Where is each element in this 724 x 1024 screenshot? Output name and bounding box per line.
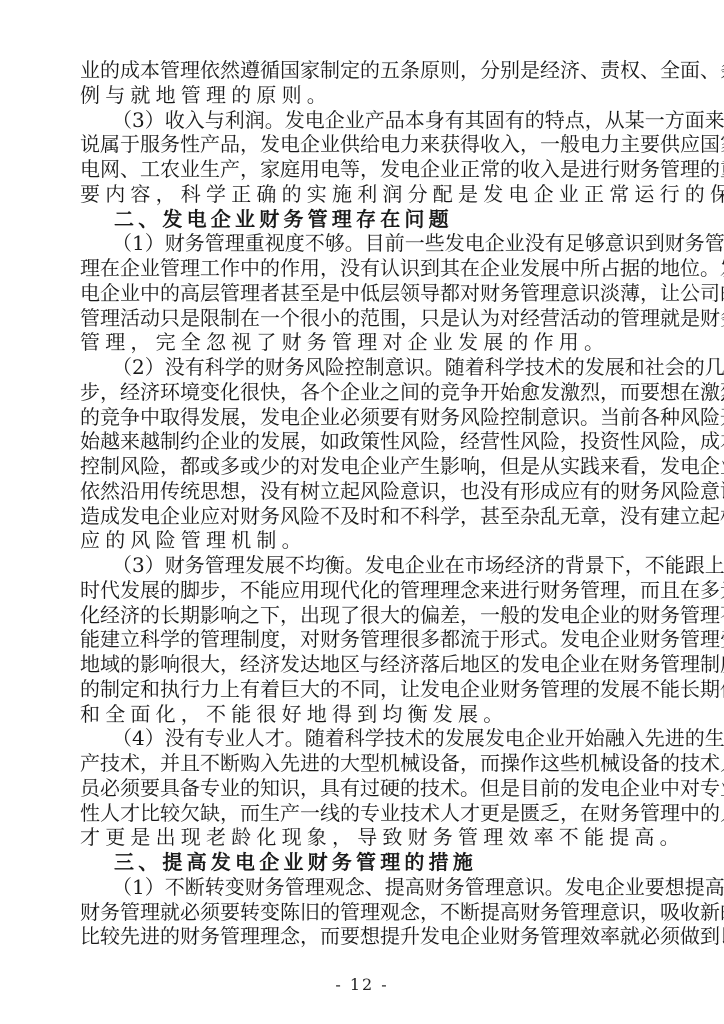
text-line: 财务管理就必须要转变陈旧的管理观念，不断提高财务管理意识，吸收新的 <box>80 900 642 925</box>
text-line: 产技术，并且不断购入先进的大型机械设备，而操作这些机械设备的技术人 <box>80 751 642 776</box>
paragraph-start-line: （1）不断转变财务管理观念、提高财务管理意识。发电企业要想提高 <box>80 875 642 900</box>
text-line: 管理，完全忽视了财务管理对企业发展的作用。 <box>80 330 642 355</box>
text-line: 地域的影响很大，经济发达地区与经济落后地区的发电企业在财务管理制度 <box>80 652 642 677</box>
text-line: 说属于服务性产品，发电企业供给电力来获得收入，一般电力主要供应国家 <box>80 132 642 157</box>
text-line: 员必须要具备专业的知识，具有过硬的技术。但是目前的发电企业中对专业 <box>80 776 642 801</box>
text-line: 控制风险，都或多或少的对发电企业产生影响，但是从实践来看，发电企业 <box>80 454 642 479</box>
document-body: 业的成本管理依然遵循国家制定的五条原则，分别是经济、责权、全面、条 例与就地管理… <box>80 58 642 949</box>
text-line: 造成发电企业应对财务风险不及时和不科学，甚至杂乱无章，没有建立起相 <box>80 504 642 529</box>
text-line: 始越来越制约企业的发展，如政策性风险，经营性风险，投资性风险，成本 <box>80 429 642 454</box>
text-line: 管理活动只是限制在一个很小的范围，只是认为对经营活动的管理就是财务 <box>80 306 642 331</box>
page-number: - 12 - <box>0 975 724 994</box>
text-line: 应的风险管理机制。 <box>80 528 642 553</box>
text-line: 例与就地管理的原则。 <box>80 83 642 108</box>
text-line: 理在企业管理工作中的作用，没有认识到其在企业发展中所占据的地位。发 <box>80 256 642 281</box>
paragraph-start-line: （2）没有科学的财务风险控制意识。随着科学技术的发展和社会的几 <box>80 355 642 380</box>
text-line: 电网、工农业生产，家庭用电等，发电企业正常的收入是进行财务管理的重 <box>80 157 642 182</box>
text-line: 步，经济环境变化很快，各个企业之间的竞争开始愈发激烈，而要想在激烈 <box>80 380 642 405</box>
text-line: 依然沿用传统思想，没有树立起风险意识，也没有形成应有的财务风险意识， <box>80 479 642 504</box>
text-line: 和全面化，不能很好地得到均衡发展。 <box>80 702 642 727</box>
paragraph-start-line: （4）没有专业人才。随着科学技术的发展发电企业开始融入先进的生 <box>80 726 642 751</box>
text-line: 时代发展的脚步，不能应用现代化的管理理念来进行财务管理，而且在多元 <box>80 578 642 603</box>
text-line: 电企业中的高层管理者甚至是中低层领导都对财务管理意识淡薄，让公司的 <box>80 281 642 306</box>
text-line: 能建立科学的管理制度，对财务管理很多都流于形式。发电企业财务管理受 <box>80 627 642 652</box>
text-line: 性人才比较欠缺，而生产一线的专业技术人才更是匮乏，在财务管理中的人 <box>80 801 642 826</box>
text-line: 的竞争中取得发展，发电企业必须要有财务风险控制意识。当前各种风险开 <box>80 405 642 430</box>
text-line: 的制定和执行力上有着巨大的不同，让发电企业财务管理的发展不能长期化 <box>80 677 642 702</box>
paragraph-start-line: （1）财务管理重视度不够。目前一些发电企业没有足够意识到财务管 <box>80 231 642 256</box>
text-line: 比较先进的财务管理理念，而要想提升发电企业财务管理效率就必须做到以 <box>80 924 642 949</box>
section-heading-2: 二、发电企业财务管理存在问题 <box>80 207 642 232</box>
paragraph-start-line: （3）收入与利润。发电企业产品本身有其固有的特点，从某一方面来 <box>80 108 642 133</box>
section-heading-3: 三、提高发电企业财务管理的措施 <box>80 850 642 875</box>
text-line: 化经济的长期影响之下，出现了很大的偏差，一般的发电企业的财务管理不 <box>80 603 642 628</box>
text-line: 业的成本管理依然遵循国家制定的五条原则，分别是经济、责权、全面、条 <box>80 58 642 83</box>
text-line: 要内容，科学正确的实施利润分配是发电企业正常运行的保障。 <box>80 182 642 207</box>
document-page: 业的成本管理依然遵循国家制定的五条原则，分别是经济、责权、全面、条 例与就地管理… <box>0 0 724 1024</box>
paragraph-start-line: （3）财务管理发展不均衡。发电企业在市场经济的背景下，不能跟上 <box>80 553 642 578</box>
text-line: 才更是出现老龄化现象，导致财务管理效率不能提高。 <box>80 825 642 850</box>
